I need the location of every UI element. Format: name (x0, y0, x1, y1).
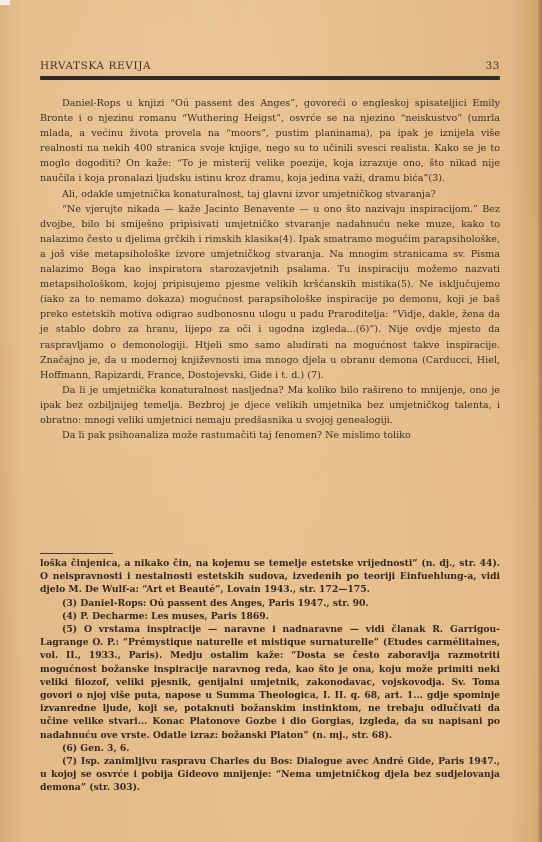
footnote-continuation: loška činjenica, a nikako čin, na kojemu… (40, 557, 500, 597)
footnote-4: (4) P. Decharme: Les muses, Paris 1869. (40, 610, 500, 623)
running-head: HRVATSKA REVIJA 33 (40, 60, 500, 72)
page-corner-tab (0, 0, 10, 5)
footnotes: loška činjenica, a nikako čin, na kojemu… (40, 557, 500, 795)
footnote-7: (7) Isp. zanimljivu raspravu Charles du … (40, 755, 500, 795)
body-text: Daniel-Rops u knjizi “Oú passent des Ang… (40, 96, 500, 443)
footnote-6: (6) Gen. 3, 6. (40, 742, 500, 755)
paragraph: Daniel-Rops u knjizi “Oú passent des Ang… (40, 96, 500, 187)
scanned-page: HRVATSKA REVIJA 33 Daniel-Rops u knjizi … (0, 0, 542, 842)
paragraph: Ali, odakle umjetnička konaturalnost, ta… (40, 187, 500, 202)
footnote-separator (40, 553, 113, 554)
page-number: 33 (485, 60, 500, 72)
paragraph: “Ne vjerujte nikada — kaže Jacinto Benav… (40, 202, 500, 383)
journal-title: HRVATSKA REVIJA (40, 60, 151, 72)
header-rule (40, 76, 500, 80)
paragraph: Da li pak psihoanaliza može rastumačiti … (40, 428, 500, 443)
footnote-5: (5) O vrstama inspiracije — naravne i na… (40, 623, 500, 742)
footnote-3: (3) Daniel-Rops: Oú passent des Anges, P… (40, 597, 500, 610)
paragraph: Da li je umjetnička konaturalnost naslje… (40, 383, 500, 428)
